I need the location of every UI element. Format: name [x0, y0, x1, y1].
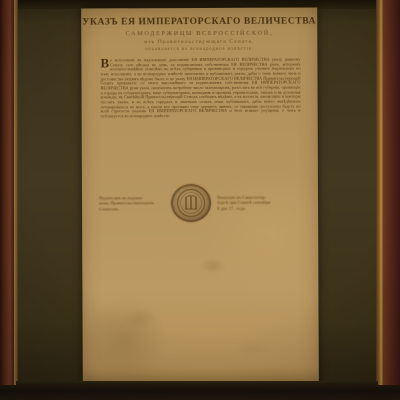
- decree-title: УКАЗЪ ЕЯ ИМПЕРАТОРСКАГО ВЕЛИЧЕСТВА: [81, 16, 317, 27]
- decree-subtitle-1: САМОДЕРЖИЦЫ ВСЕРОССІЙСКОЙ,: [81, 29, 317, 37]
- colophon-left-block: Подписанъ въ подлин- номъ Правительствую…: [99, 195, 165, 212]
- decree-body-text: Во исполненіе въ надлежащее дополненіе Е…: [100, 58, 300, 171]
- document-heading: УКАЗЪ ЕЯ ИМПЕРАТОРСКАГО ВЕЛИЧЕСТВА САМОД…: [81, 16, 317, 52]
- paper-stain: [200, 258, 226, 274]
- paper-stain: [122, 308, 156, 330]
- frame-right-gilt-edge: [376, 0, 383, 400]
- framed-document-photo: УКАЗЪ ЕЯ ИМПЕРАТОРСКАГО ВЕЛИЧЕСТВА САМОД…: [0, 0, 400, 400]
- seal-emblem-icon: [175, 187, 207, 219]
- colophon-right-block: Печатанъ въ Санктпетер- бургѣ при Сенатѣ…: [217, 194, 301, 211]
- frame-left-gilt-edge: [14, 0, 18, 400]
- paper-stain: [233, 338, 273, 358]
- frame-right: [383, 0, 400, 400]
- drop-cap-initial: В: [100, 58, 109, 68]
- decree-subtitle-3: объявляется во всенародное извѣстіе.: [81, 46, 317, 52]
- decree-subtitle-2: изъ Правительствующаго Сената,: [81, 38, 317, 45]
- body-text-run: о исполненіе въ надлежащее дополненіе ЕЯ…: [100, 58, 300, 119]
- colophon-right-line: 8 дня 17.. года.: [217, 205, 301, 211]
- decree-paper: УКАЗЪ ЕЯ ИМПЕРАТОРСКАГО ВЕЛИЧЕСТВА САМОД…: [81, 7, 319, 383]
- seal-icon: [171, 184, 211, 222]
- colophon-left-line: Сенатомъ.: [99, 206, 165, 212]
- frame-bottom: [0, 385, 400, 400]
- colophon-row: Подписанъ въ подлин- номъ Правительствую…: [82, 179, 318, 226]
- frame-left: [0, 0, 14, 400]
